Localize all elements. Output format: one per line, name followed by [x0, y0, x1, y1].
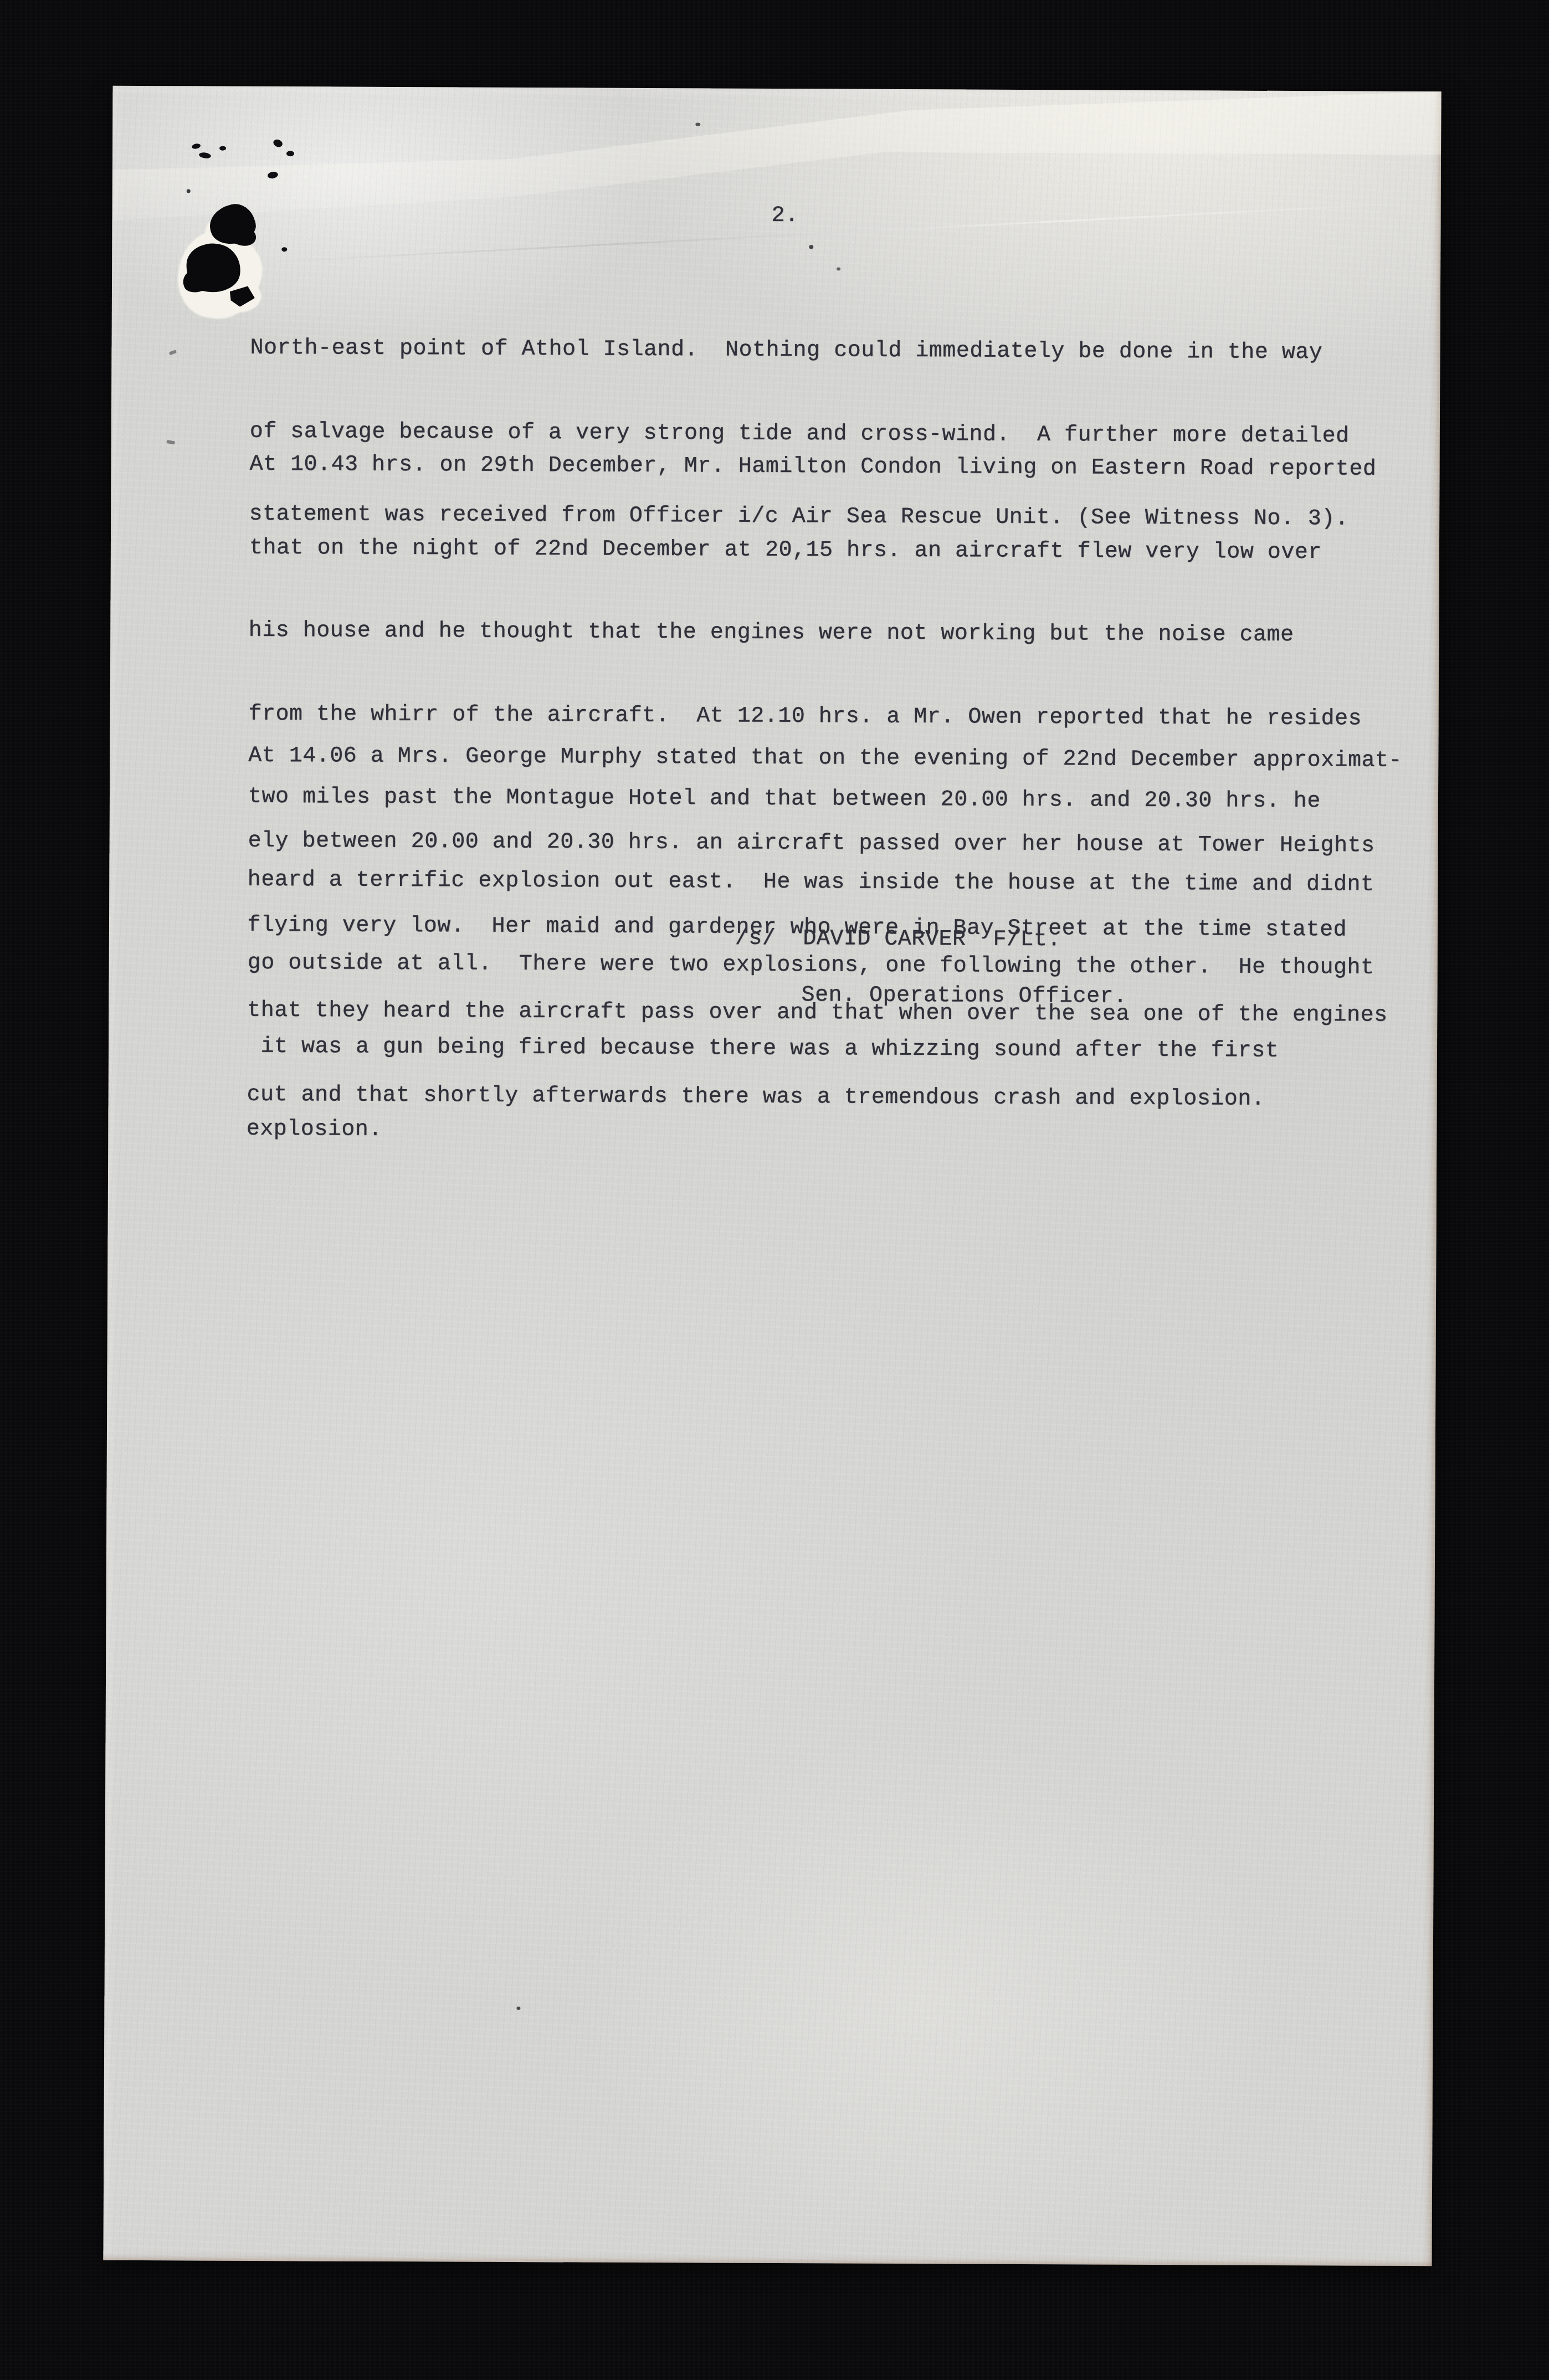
paper-speck [809, 245, 813, 249]
typed-line: his house and he thought that the engine… [249, 617, 1376, 650]
paper-speck [516, 2007, 520, 2010]
paper-sheet: 2. North-east point of Athol Island. Not… [103, 86, 1441, 2266]
paper-speck [219, 146, 226, 151]
typed-line: that on the night of 22nd December at 20… [249, 535, 1376, 567]
typed-line: At 10.43 hrs. on 29th December, Mr. Hami… [249, 451, 1376, 484]
typed-line: cut and that shortly afterwards there wa… [247, 1081, 1401, 1114]
signature-title-line: Sen. Operations Officer. [801, 982, 1127, 1011]
scanned-document-page: 2. North-east point of Athol Island. Not… [0, 0, 1549, 2380]
signature-line: /s/ DAVID CARVER F/Lt. [735, 925, 1061, 955]
paper-speck [837, 267, 840, 270]
paper-speck [286, 151, 294, 156]
paper-speck [187, 189, 191, 193]
paper-speck [695, 122, 700, 126]
typed-line: ely between 20.00 and 20.30 hrs. an airc… [248, 827, 1402, 860]
typed-line: At 14.06 a Mrs. George Murphy stated tha… [248, 742, 1402, 775]
typed-line: North-east point of Athol Island. Nothin… [250, 335, 1350, 367]
page-number: 2. [771, 202, 798, 230]
paper-speck [281, 247, 287, 252]
